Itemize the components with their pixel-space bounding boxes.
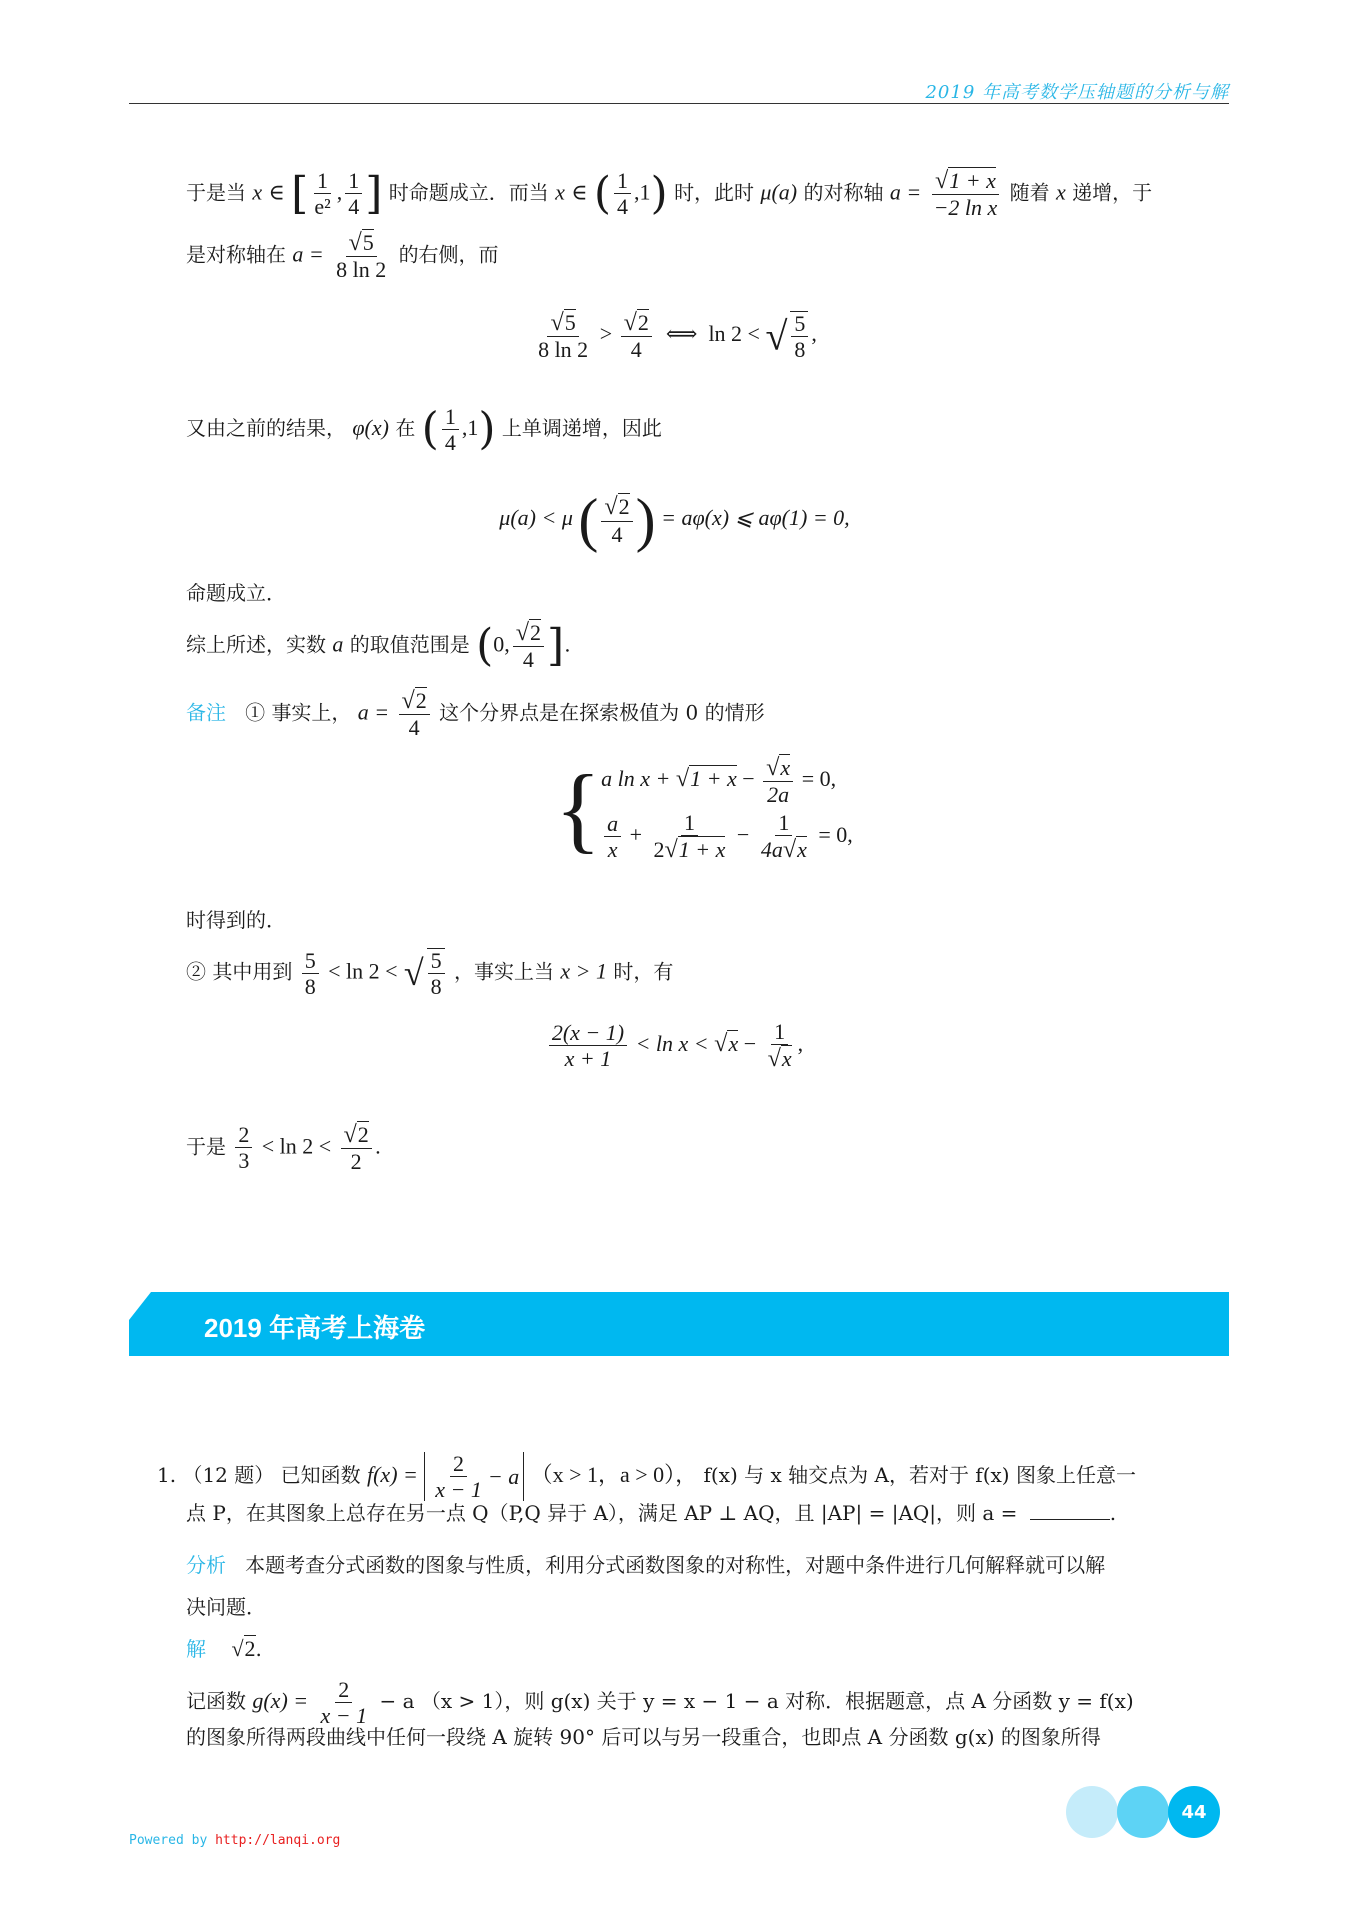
numerator: 2 <box>450 1452 467 1477</box>
fraction: 14 <box>442 405 459 454</box>
math-op: − <box>737 821 749 846</box>
remark-label: 备注 <box>186 700 226 724</box>
numerator: 1 <box>345 169 362 194</box>
fraction: √58 ln 2 <box>333 230 389 282</box>
text: 又由之前的结果， <box>186 416 346 440</box>
math-expr: a ln x + <box>601 766 670 791</box>
paren: ) <box>651 168 668 219</box>
paren: ) <box>478 404 495 455</box>
paren: ) <box>636 487 656 553</box>
denominator: 4 <box>406 715 423 739</box>
absolute-value: 2x − 1 − a <box>424 1452 524 1501</box>
math-expr: < ln 2 < <box>262 1133 331 1158</box>
math-val: 0, <box>493 631 510 656</box>
denominator: −2 ln x <box>931 195 1001 219</box>
sqrt-icon: √ <box>783 836 796 863</box>
fraction: 2(x − 1)x + 1 <box>549 1021 627 1070</box>
radicand: 2 <box>529 619 541 645</box>
denominator: 8 ln 2 <box>535 337 591 361</box>
radicand: x <box>781 1045 792 1071</box>
text: 上单调递增，因此 <box>502 416 662 440</box>
display-equation-1: √58 ln 2 > √24 ⟺ ln 2 < √58, <box>0 310 1349 362</box>
radicand: 5 <box>362 229 374 255</box>
math-expr: a = <box>890 179 921 204</box>
text: 的对称轴 <box>803 180 883 204</box>
remark-line: 备注 ① 事实上， a = √24 这个分界点是在探索极值为 0 的情形 <box>186 688 765 740</box>
denominator: x <box>605 837 621 861</box>
running-header-title: 2019 年高考数学压轴题的分析与解 <box>925 78 1229 104</box>
punct: . <box>375 1134 381 1158</box>
sqrt-icon: √ <box>604 493 617 520</box>
fraction: 1√x <box>765 1020 795 1072</box>
math-expr: < ln 2 < <box>328 959 397 984</box>
fraction: √x2a <box>763 755 793 807</box>
denominator: 8 ln 2 <box>333 257 389 281</box>
math-expr: = 0, <box>802 766 836 791</box>
fraction: 14 <box>614 169 631 218</box>
paragraph-7: 于是 23 < ln 2 < √22. <box>186 1122 381 1174</box>
sqrt-icon: √ <box>765 313 787 358</box>
radicand: 2 <box>357 1121 369 1147</box>
page-dot-light <box>1066 1786 1118 1838</box>
fraction: √1 + x−2 ln x <box>931 168 1001 220</box>
punct: . <box>256 1637 262 1661</box>
text: ，事实上当 <box>454 960 554 984</box>
answer-blank <box>1030 1519 1110 1520</box>
denominator: 4 <box>442 430 459 454</box>
sqrt-icon: √ <box>231 1636 243 1661</box>
text: 综上所述，实数 <box>186 632 326 656</box>
math-expr: = 0, <box>818 821 852 846</box>
bracket: ] <box>547 620 564 671</box>
numerator: 1 <box>614 169 631 194</box>
math-expr: = aφ(x) ⩽ aφ(1) = 0, <box>661 505 850 530</box>
math-expr: a = <box>292 241 323 266</box>
text: 在 <box>395 416 415 440</box>
paren: ( <box>476 620 493 671</box>
text: 的取值范围是 <box>350 632 470 656</box>
sqrt-icon: √ <box>550 309 563 336</box>
radicand: 5 <box>564 309 576 335</box>
left-brace-icon: { <box>555 761 601 857</box>
text: 的右侧，而 <box>399 242 499 266</box>
text: f(x) 与 x 轴交点为 A，若对于 f(x) 图象上任意一 <box>704 1463 1136 1487</box>
radicand: 2 <box>415 687 427 713</box>
display-equation-2: μ(a) < μ (√24) = aφ(x) ⩽ aφ(1) = 0, <box>0 490 1349 550</box>
paragraph-5: 时得到的． <box>186 905 286 935</box>
text: 于是 <box>186 1134 226 1158</box>
denominator: 2a <box>764 782 792 806</box>
solution-answer: 解 √2. <box>186 1634 262 1664</box>
denominator: e² <box>311 194 333 218</box>
fraction: √24 <box>621 310 652 362</box>
fraction: √24 <box>513 620 544 672</box>
fraction: ax <box>604 812 621 861</box>
powered-link[interactable]: http://lanqi.org <box>215 1833 340 1848</box>
text: 时，有 <box>613 960 673 984</box>
fraction: 58 <box>790 311 808 361</box>
radicand: x <box>727 1030 738 1056</box>
text: − a （x > 1），则 g(x) 关于 y = x − 1 − a 对称．根… <box>379 1689 1133 1713</box>
header-rule <box>129 103 1229 104</box>
numerator: 2(x − 1) <box>549 1021 627 1046</box>
fraction: √22 <box>341 1122 372 1174</box>
paragraph-2: 又由之前的结果， φ(x) 在 (14,1) 上单调递增，因此 <box>186 405 662 454</box>
math-var: x <box>1056 179 1066 204</box>
math-expr: < ln x < <box>636 1031 709 1056</box>
text: 记函数 <box>186 1689 246 1713</box>
math-op: ∈ <box>571 179 587 204</box>
equation-system: { a ln x + √1 + x − √x2a = 0, ax + 12√1 … <box>555 755 853 862</box>
sqrt-icon: √ <box>714 1030 727 1057</box>
punct: , <box>798 1031 804 1056</box>
paragraph-1-line-1: 于是当 x ∈ [1e²,14] 时命题成立．而当 x ∈ (14,1) 时，此… <box>186 168 1152 220</box>
radicand: 2 <box>637 309 649 335</box>
fraction: √24 <box>399 688 430 740</box>
fraction: 2x − 1 <box>432 1452 485 1501</box>
text: 时命题成立．而当 <box>389 180 549 204</box>
radicand: 1 + x <box>689 765 737 791</box>
text: 随着 <box>1010 180 1050 204</box>
radicand: 2 <box>618 493 630 519</box>
math-op: − <box>742 766 754 791</box>
math-expr: μ(a) <box>760 179 797 204</box>
coef: 2 <box>654 837 665 862</box>
radicand: x <box>779 754 790 780</box>
powered-label: Powered by <box>129 1833 207 1848</box>
numerator: a <box>604 812 621 837</box>
problem-1-line-1: 1. （12 题） 已知函数 f(x) = 2x − 1 − a （x > 1，… <box>157 1452 1136 1501</box>
denominator: 4 <box>520 647 537 671</box>
math-op: > <box>600 321 612 346</box>
math-var: x <box>252 179 262 204</box>
denominator: 3 <box>235 1148 252 1172</box>
text: 已知函数 <box>281 1463 361 1487</box>
math-op: + <box>630 821 642 846</box>
denominator: 4 <box>614 194 631 218</box>
math-expr: ln 2 < <box>708 321 760 346</box>
paren: ( <box>422 404 439 455</box>
math-expr: f(x) = <box>367 1462 418 1487</box>
math-expr: g(x) = <box>252 1688 308 1713</box>
solution-line-2: 的图象所得两段曲线中任何一段绕 A 旋转 90° 后可以与另一段重合，也即点 A… <box>186 1722 1101 1752</box>
sqrt-icon: √ <box>676 765 689 792</box>
math-op: − <box>744 1031 756 1056</box>
analysis-label: 分析 <box>186 1553 226 1577</box>
sqrt-icon: √ <box>402 687 415 714</box>
denominator: 4 <box>609 522 626 546</box>
text: 是对称轴在 <box>186 242 286 266</box>
numerator: 2 <box>235 1123 252 1148</box>
math-val: ,1 <box>462 415 479 440</box>
sqrt-icon: √ <box>766 754 779 781</box>
answer-value: 2 <box>244 1635 256 1661</box>
radicand: 1 + x <box>948 167 996 193</box>
numerator: 5 <box>302 949 319 974</box>
numerator: 1 <box>681 811 698 836</box>
sqrt-icon: √ <box>768 1045 781 1072</box>
fraction: 58 <box>427 948 445 998</box>
footer-powered-by: Powered by http://lanqi.org <box>129 1833 340 1848</box>
fraction: 14 <box>345 169 362 218</box>
coef: 4a <box>761 837 783 862</box>
numerator: 1 <box>775 811 792 836</box>
numerator: 2 <box>335 1678 352 1703</box>
sqrt-icon: √ <box>624 309 637 336</box>
paragraph-1-line-2: 是对称轴在 a = √58 ln 2 的右侧，而 <box>186 230 499 282</box>
page-dot-medium <box>1117 1786 1169 1838</box>
math-expr: a = <box>358 699 389 724</box>
numerator: 1 <box>314 169 331 194</box>
radicand: 1 + x <box>678 836 726 862</box>
fraction: 58 <box>302 949 319 998</box>
punct: , <box>811 321 817 346</box>
fraction: √24 <box>601 494 632 546</box>
math-expr: − a <box>488 1462 519 1492</box>
denominator: 2 <box>348 1149 365 1173</box>
denominator: 8 <box>791 337 808 361</box>
denominator: 4 <box>628 337 645 361</box>
sqrt-icon: √ <box>344 1121 357 1148</box>
denominator: x + 1 <box>562 1046 615 1070</box>
text: 其中用到 <box>212 960 292 984</box>
numerator: 5 <box>428 949 445 974</box>
denominator: 8 <box>302 974 319 998</box>
fraction: √58 ln 2 <box>535 310 591 362</box>
fraction: 23 <box>235 1123 252 1172</box>
fraction: 14a√x <box>758 811 810 863</box>
iff-icon: ⟺ <box>666 321 698 346</box>
paragraph-4: 综上所述，实数 a 的取值范围是 (0,√24]. <box>186 620 571 672</box>
text: 于是当 <box>186 180 246 204</box>
radicand: x <box>796 836 807 862</box>
problem-1-line-2: 点 P，在其图象上总存在另一点 Q（P,Q 异于 A），满足 AP ⊥ AQ，且… <box>186 1498 1116 1528</box>
math-op: ∈ <box>268 179 284 204</box>
bracket: ] <box>365 168 382 219</box>
problem-number: 1. <box>157 1463 176 1487</box>
math-expr: x > 1 <box>560 959 607 984</box>
section-title: 2019 年高考上海卷 <box>204 1308 425 1345</box>
text: 时，此时 <box>674 180 754 204</box>
sqrt-icon: √ <box>349 229 362 256</box>
display-equation-3: 2(x − 1)x + 1 < ln x < √x − 1√x, <box>0 1020 1349 1072</box>
fraction: 12√1 + x <box>651 811 729 863</box>
text: 本题考查分式函数的图象与性质，利用分式函数图象的对称性，对题中条件进行几何解释就… <box>245 1553 1105 1577</box>
fraction: 1e² <box>311 169 333 218</box>
sqrt-icon: √ <box>935 167 948 194</box>
fraction: 2x − 1 <box>317 1678 370 1727</box>
math-var: x <box>555 179 565 204</box>
numerator: 1 <box>771 1020 788 1045</box>
paren: ( <box>578 487 598 553</box>
math-expr: μ(a) < μ <box>499 505 573 530</box>
text: 事实上， <box>271 700 351 724</box>
circled-two-icon: ② <box>186 960 206 984</box>
analysis-line-2: 决问题． <box>186 1592 266 1622</box>
math-expr: φ(x) <box>352 415 389 440</box>
system-row-1: a ln x + √1 + x − √x2a = 0, <box>601 755 853 807</box>
bracket: [ <box>291 168 308 219</box>
denominator: 8 <box>428 974 445 998</box>
paragraph-6: ② 其中用到 58 < ln 2 < √58 ，事实上当 x > 1 时，有 <box>186 948 673 998</box>
solution-label: 解 <box>186 1637 206 1661</box>
text: 点 P，在其图象上总存在另一点 Q（P,Q 异于 A），满足 AP ⊥ AQ，且… <box>186 1501 1017 1525</box>
solution-line-1: 记函数 g(x) = 2x − 1 − a （x > 1），则 g(x) 关于 … <box>186 1678 1134 1727</box>
math-val: ,1 <box>634 179 651 204</box>
text: 递增，于 <box>1072 180 1152 204</box>
sqrt-icon: √ <box>665 836 678 863</box>
paragraph-3: 命题成立． <box>186 578 286 608</box>
punct: . <box>564 632 570 656</box>
analysis-line-1: 分析 本题考查分式函数的图象与性质，利用分式函数图象的对称性，对题中条件进行几何… <box>186 1550 1105 1580</box>
paren: ( <box>594 168 611 219</box>
numerator: 1 <box>442 405 459 430</box>
math-expr: （x > 1，a > 0）， <box>531 1462 698 1487</box>
numerator: 5 <box>791 312 808 337</box>
text: 这个分界点是在探索极值为 0 的情形 <box>439 700 764 724</box>
page-number-badge: 44 <box>1168 1786 1220 1838</box>
sqrt-icon: √ <box>516 619 529 646</box>
system-row-2: ax + 12√1 + x − 14a√x = 0, <box>601 811 853 863</box>
math-var: a <box>332 631 343 656</box>
sqrt-icon: √ <box>404 953 424 993</box>
punct: . <box>1110 1501 1116 1525</box>
denominator: 4 <box>345 194 362 218</box>
circled-one-icon: ① <box>245 700 265 724</box>
problem-tag: （12 题） <box>182 1463 274 1487</box>
